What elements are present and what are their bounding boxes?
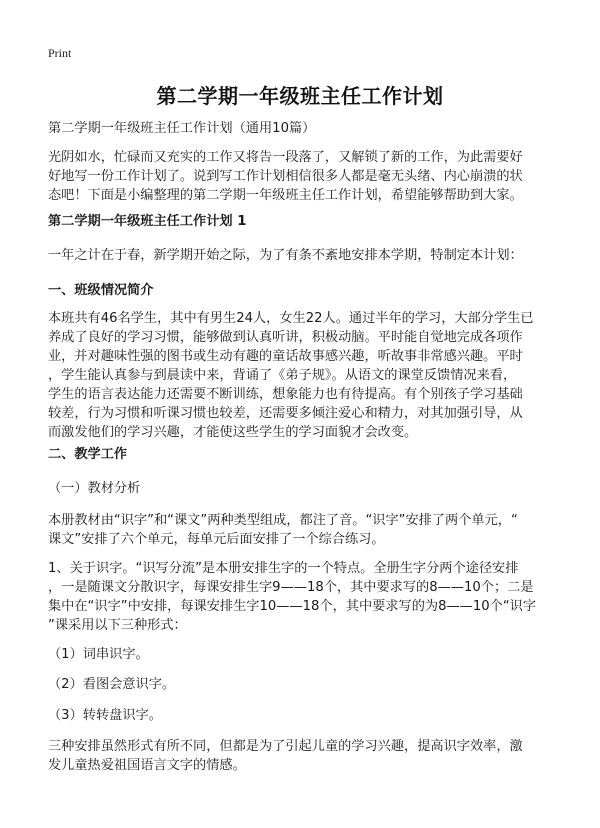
class-overview-paragraph: 本班共有46名学生，其中有男生24人，女生22人。通过半年的学习，大部分学生已 … [48, 309, 578, 442]
print-label: Print [48, 46, 71, 61]
subsection1-heading: （一）教材分析 [48, 479, 578, 498]
materials-paragraph: 本册教材由“识字”和“课文”两种类型组成，都注了音。“识字”安排了两个单元，“ … [48, 511, 578, 549]
form-item-3: （3）转转盘识字。 [48, 706, 578, 725]
closing-paragraph: 三种安排虽然形式有所不同，但都是为了引起儿童的学习兴趣，提高识字效率，激 发儿童… [48, 737, 578, 775]
document-subtitle: 第二学期一年级班主任工作计划（通用10篇） [48, 119, 578, 138]
plan1-heading: 第二学期一年级班主任工作计划 1 [48, 212, 578, 231]
form-item-2: （2）看图会意识字。 [48, 675, 578, 694]
literacy-paragraph: 1、关于识字。“识写分流”是本册安排生字的一个特点。全册生字分两个途径安排 ，一… [48, 559, 578, 635]
plan1-opening: 一年之计在于春，新学期开始之际，为了有条不紊地安排本学期，特制定本计划： [48, 246, 578, 265]
page-title: 第二学期一年级班主任工作计划 [0, 80, 600, 109]
section1-heading: 一、班级情况简介 [48, 281, 578, 300]
form-item-1: （1）词串识字。 [48, 645, 578, 664]
intro-paragraph: 光阴如水，忙碌而又充实的工作又将告一段落了，又解锁了新的工作，为此需要好 好地写… [48, 148, 578, 205]
section2-heading: 二、教学工作 [48, 445, 578, 464]
document-page: Print 第二学期一年级班主任工作计划 第二学期一年级班主任工作计划（通用10… [0, 0, 600, 828]
